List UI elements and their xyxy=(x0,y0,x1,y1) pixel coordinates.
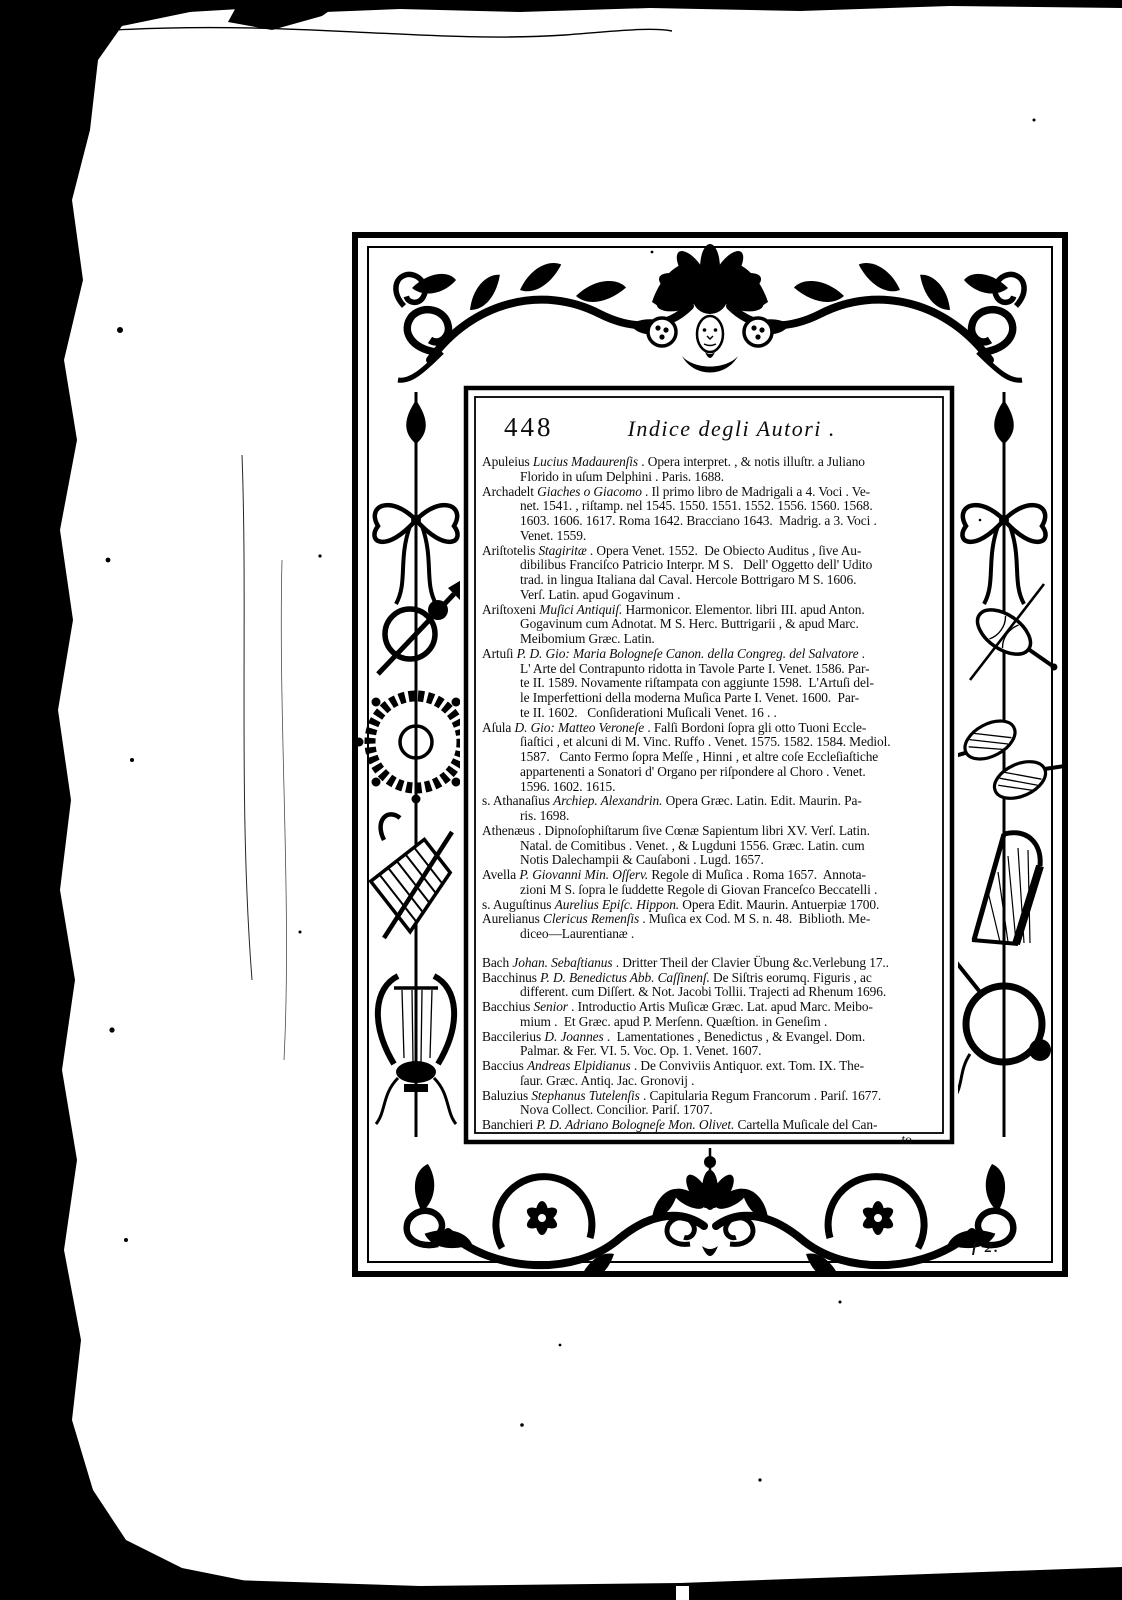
index-line: Notis Dalechampii & Cauſaboni . Lugd. 16… xyxy=(482,853,940,868)
page-number: 448 xyxy=(504,412,554,443)
index-line: Bacchinus P. D. Benedictus Abb. Caſſinen… xyxy=(482,971,940,986)
index-line: s. Auguſtinus Aurelius Epiſc. Hippon. Op… xyxy=(482,898,940,913)
music-trophy-left-icon xyxy=(355,392,478,1137)
index-line: Gogavinum cum Adnotat. M S. Herc. Buttri… xyxy=(482,617,940,632)
index-line: different. cum Diſſert. & Not. Jacobi To… xyxy=(482,985,940,1000)
page-header: 448 Indice degli Autori . xyxy=(482,412,940,443)
index-line: Palmar. & Fer. VI. 5. Voc. Op. 1. Venet.… xyxy=(482,1044,940,1059)
entry-gap xyxy=(482,942,940,956)
mascaron-icon xyxy=(648,244,772,373)
index-line: Natal. de Comitibus . Venet. , & Lugduni… xyxy=(482,839,940,854)
index-line: appartenenti a Sonatori d' Organo per ri… xyxy=(482,765,940,780)
index-line: mium . Et Græc. apud P. Merſenn. Quæſtio… xyxy=(482,1015,940,1030)
index-line: Baccius Andreas Elpidianus . De Convivii… xyxy=(482,1059,940,1074)
index-line: Bach Johan. Sebaſtianus . Dritter Theil … xyxy=(482,956,940,971)
index-line: Aſula D. Gio: Matteo Veroneſe . Falſi Bo… xyxy=(482,721,940,736)
index-line: Ariſtotelis Stagiritæ . Opera Venet. 155… xyxy=(482,544,940,559)
author-index-entries: Apuleius Lucius Madaurenſis . Opera inte… xyxy=(482,455,940,1133)
index-line: ſiaſtici , et alcuni di M. Vinc. Ruffo .… xyxy=(482,735,940,750)
index-line: Baccilerius D. Joannes . Lamentationes ,… xyxy=(482,1030,940,1045)
index-line: Florido in uſum Delphini . Paris. 1688. xyxy=(482,470,940,485)
index-line: Bacchius Senior . Introductio Artis Muſi… xyxy=(482,1000,940,1015)
index-line: Baluzius Stephanus Tutelenſis . Capitula… xyxy=(482,1089,940,1104)
index-line: Ariſtoxeni Muſici Antiquiſ. Harmonicor. … xyxy=(482,603,940,618)
index-text-panel: 448 Indice degli Autori . Apuleius Luciu… xyxy=(466,388,952,1142)
index-line: Artuſi P. D. Gio: Maria Bologneſe Canon.… xyxy=(482,647,940,662)
palmette-icon xyxy=(664,1144,756,1256)
index-line: dibilibus Franciſco Patricio Interpr. M … xyxy=(482,558,940,573)
index-line: Avella P. Giovanni Min. Oſſerv. Regole d… xyxy=(482,868,940,883)
index-line: Meibomium Græc. Latin. xyxy=(482,632,940,647)
index-line: Verſ. Latin. apud Gogavinum . xyxy=(482,588,940,603)
index-line: ris. 1698. xyxy=(482,809,940,824)
index-line: Nova Collect. Concilior. Pariſ. 1707. xyxy=(482,1103,940,1118)
index-line: Banchieri P. D. Adriano Bologneſe Mon. O… xyxy=(482,1118,940,1133)
index-line: L' Arte del Contrapunto ridotta in Tavol… xyxy=(482,662,940,677)
index-line: net. 1541. , riſtamp. nel 1545. 1550. 15… xyxy=(482,499,940,514)
index-line: Apuleius Lucius Madaurenſis . Opera inte… xyxy=(482,455,940,470)
index-line: diceo—Laurentianæ . xyxy=(482,927,940,942)
index-line: Venet. 1559. xyxy=(482,529,940,544)
index-line: s. Athanaſius Archiep. Alexandrin. Opera… xyxy=(482,794,940,809)
signature-mark: f 2. xyxy=(972,1240,1000,1257)
index-line: trad. in lingua Italiana dal Caval. Herc… xyxy=(482,573,940,588)
index-line: Athenæus . Dipnoſophiſtarum ſive Cœnæ Sa… xyxy=(482,824,940,839)
index-line: te II. 1602. Conſiderationi Muſicali Ven… xyxy=(482,706,940,721)
index-line: 1587. Canto Fermo ſopra Meſſe , Hinni , … xyxy=(482,750,940,765)
catchword: to xyxy=(482,1133,940,1148)
index-line: 1603. 1606. 1617. Roma 1642. Bracciano 1… xyxy=(482,514,940,529)
page-title: Indice degli Autori . xyxy=(554,416,941,442)
harp-icon xyxy=(972,833,1040,944)
index-line: Archadelt Giaches o Giacomo . Il primo l… xyxy=(482,485,940,500)
index-line: te II. 1589. Novamente riſtampata con ag… xyxy=(482,676,940,691)
index-line: ſaur. Græc. Antiq. Jac. Gronovij . xyxy=(482,1074,940,1089)
index-line: Aurelianus Clericus Remenſis . Muſica ex… xyxy=(482,912,940,927)
scanned-book-page: 448 Indice degli Autori . Apuleius Luciu… xyxy=(0,0,1122,1600)
index-line: le Imperfettioni della moderna Muſica Pa… xyxy=(482,691,940,706)
index-line: 1596. 1602. 1615. xyxy=(482,780,940,795)
index-line: zioni M S. ſopra le ſuddette Regole di G… xyxy=(482,883,940,898)
